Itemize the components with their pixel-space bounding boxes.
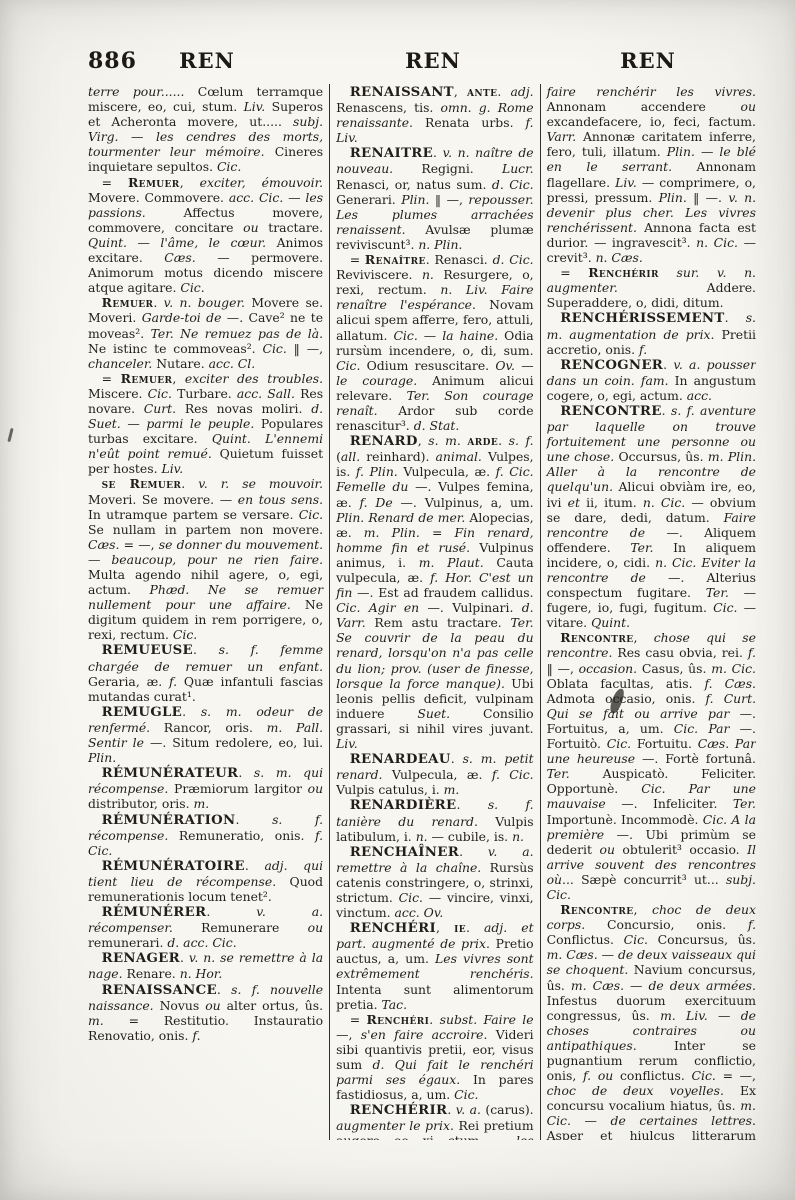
text-segment: ante: [467, 84, 497, 99]
text-segment: Renaître: [365, 252, 426, 267]
text-segment: Cic.: [393, 328, 423, 343]
text-segment: Remuneratio, onis.: [179, 828, 315, 843]
text-segment: Remuer: [102, 295, 154, 310]
text-segment: obtulerit³ occasio.: [622, 842, 747, 857]
text-segment: ou: [308, 920, 323, 935]
entry-headword: RENARDEAU: [350, 752, 451, 767]
text-segment: acc. Ov.: [395, 905, 444, 920]
text-segment: Oblata facultas, atis.: [547, 676, 705, 691]
text-segment: acc. Sall.: [237, 386, 300, 401]
text-segment: Res novas moliri.: [185, 401, 311, 416]
text-segment: —: [718, 1008, 741, 1023]
text-segment: Geraria, æ.: [88, 674, 169, 689]
text-segment: =: [350, 252, 365, 267]
page-content: 886 REN REN REN terre pour...... Cœlum t…: [88, 48, 756, 1140]
text-segment: Vulpecula, æ.: [392, 767, 492, 782]
dictionary-paragraph: RENCOGNER. v. a. pousser dans un coin. f…: [547, 357, 756, 403]
text-segment: Vulpecula, æ.: [403, 464, 495, 479]
text-segment: Se nullam in partem non movere.: [88, 522, 323, 537]
text-segment: n. Cic.: [696, 235, 743, 250]
text-segment: Tac.: [381, 997, 407, 1012]
text-segment: Renasci, or, natus sum.: [336, 177, 492, 192]
text-segment: Importunè. Incommodè.: [547, 812, 703, 827]
text-segment: .: [433, 145, 443, 160]
running-head-3: REN: [540, 48, 756, 73]
text-segment: l'âme, le cœur.: [160, 235, 276, 250]
text-segment: [659, 265, 677, 280]
column-1: terre pour...... Cœlum terramque miscere…: [88, 84, 323, 1140]
text-segment: . Renasci.: [426, 252, 493, 267]
text-segment: Movere. Commovere.: [88, 190, 229, 205]
dictionary-paragraph: REMUGLE. s. m. odeur de renfermé. Rancor…: [88, 704, 323, 765]
text-segment: la haine.: [442, 328, 504, 343]
text-segment: ,: [418, 433, 429, 448]
dictionary-paragraph: REMUEUSE. s. f. femme chargée de remuer …: [88, 642, 323, 703]
text-segment: = —,: [723, 1068, 756, 1083]
text-segment: —: [138, 235, 161, 250]
text-segment: ou: [205, 998, 226, 1013]
text-segment: Cic.: [148, 386, 177, 401]
text-segment: .: [180, 950, 189, 965]
text-segment: Ov.: [495, 358, 521, 373]
text-segment: Admota occasio, onis.: [547, 691, 706, 706]
text-segment: Liv.: [615, 175, 642, 190]
text-segment: Plin.: [401, 192, 435, 207]
text-segment: Rencontre: [560, 902, 633, 917]
text-segment: Garde-toi de: [142, 310, 227, 325]
text-segment: le courage.: [336, 373, 432, 388]
text-segment: Cic.: [299, 507, 323, 522]
text-segment: Ter.: [706, 585, 744, 600]
text-segment: acc. Cl.: [209, 356, 256, 371]
text-segment: Ter. Ne remuez pas de là.: [151, 326, 323, 341]
text-segment: ‖ —.: [693, 190, 728, 205]
text-segment: ou: [308, 781, 323, 796]
text-segment: f.: [169, 674, 184, 689]
text-segment: Cic.: [713, 600, 743, 615]
entry-headword: RENCHÉRI: [350, 921, 436, 936]
text-segment: Liv.: [244, 99, 272, 114]
text-segment: —. Situm redolere, eo, lui.: [150, 735, 323, 750]
text-segment: f.: [748, 917, 756, 932]
entry-headword: RENAITRE: [350, 146, 433, 161]
text-segment: Renare.: [127, 966, 180, 981]
text-segment: Ter.: [733, 796, 756, 811]
text-segment: Cic.: [399, 890, 429, 905]
text-segment: f.: [748, 645, 756, 660]
text-segment: —: [602, 947, 618, 962]
text-segment: —. Est ad fraudem callidus.: [357, 585, 534, 600]
text-segment: Renascens, tis.: [336, 100, 440, 115]
dictionary-paragraph: RENAISSANT, ante. adj. Renascens, tis. o…: [336, 84, 534, 145]
text-segment: .: [181, 476, 198, 491]
text-segment: Ne istinc te commoveas².: [88, 341, 262, 356]
text-segment: .: [245, 858, 265, 873]
text-segment: s. m.: [428, 433, 467, 448]
text-segment: v. r. se mouvoir.: [198, 476, 323, 491]
dictionary-paragraph: = Remuer, exciter des troubles. Miscere.…: [88, 371, 323, 477]
text-segment: Cic.: [262, 341, 293, 356]
text-segment: —: [701, 144, 719, 159]
text-segment: Cic. Agir en: [336, 600, 427, 615]
text-segment: Remunerare: [201, 920, 308, 935]
dictionary-paragraph: RENAGER. v. n. se remettre à la nage. Re…: [88, 950, 323, 981]
text-segment: —. Infeliciter.: [621, 796, 733, 811]
entry-headword: RENCHÉRIR: [350, 1103, 448, 1118]
text-segment: ii, itum.: [586, 495, 643, 510]
scanned-dictionary-page: 886 REN REN REN terre pour...... Cœlum t…: [0, 0, 795, 1200]
text-segment: et: [568, 495, 586, 510]
text-segment: Cic.: [624, 932, 658, 947]
text-segment: —: [521, 358, 533, 373]
dictionary-paragraph: RENARDIÈRE. s. f. tanière du renard. Vul…: [336, 797, 534, 843]
text-segment: n. Cic.: [643, 495, 692, 510]
text-segment: Plin. Renard de mer.: [336, 510, 469, 525]
text-segment: animal.: [436, 449, 488, 464]
text-segment: Cæs.: [164, 250, 217, 265]
text-segment: excandefacere, io, feci, factum.: [547, 114, 756, 129]
text-segment: d. acc. Cic.: [167, 935, 236, 950]
dictionary-paragraph: RENCONTRE. s. f. aventure par laquelle o…: [547, 403, 756, 630]
text-segment: m. Liv.: [660, 1008, 718, 1023]
text-segment: se Remuer: [102, 476, 182, 491]
text-segment: parmi le peuple.: [146, 416, 261, 431]
dictionary-paragraph: Rencontre, choc de deux corps. Concursio…: [547, 902, 756, 1140]
text-segment: f. De: [360, 495, 401, 510]
text-segment: Remuer: [128, 175, 180, 190]
text-segment: .: [238, 765, 254, 780]
entry-headword: RENAISSANCE: [102, 983, 217, 998]
text-segment: Occursus, ûs.: [618, 449, 707, 464]
column-3: faire renchérir les vivres. Annonam acce…: [547, 84, 756, 1140]
text-segment: .: [182, 704, 201, 719]
dictionary-paragraph: RENCHÉRI, ie. adj. et part. augmenté de …: [336, 920, 534, 1012]
text-segment: occasion.: [579, 661, 642, 676]
text-segment: exciter, émouvoir.: [200, 175, 323, 190]
dictionary-paragraph: se Remuer. v. r. se mouvoir. Moveri. Se …: [88, 476, 323, 642]
text-segment: In utramque partem se versare.: [88, 507, 299, 522]
dictionary-paragraph: RENCHAÎNER. v. a. remettre à la chaîne. …: [336, 844, 534, 920]
entry-headword: RENCHÉRISSEMENT: [560, 311, 724, 326]
dictionary-paragraph: RÉMUNÉRATOIRE. adj. qui tient lieu de ré…: [88, 858, 323, 904]
text-segment: =: [350, 1012, 367, 1027]
text-columns: terre pour...... Cœlum terramque miscere…: [88, 84, 756, 1140]
text-segment: arde: [467, 433, 498, 448]
dictionary-paragraph: Remuer. v. n. bouger. Movere se. Moveri.…: [88, 295, 323, 370]
text-segment: f. ou: [583, 1068, 620, 1083]
text-segment: (carus).: [485, 1102, 533, 1117]
text-segment: Cic.: [180, 280, 204, 295]
text-segment: Turbare.: [177, 386, 237, 401]
text-segment: chanceler.: [88, 356, 156, 371]
text-segment: adj.: [511, 84, 534, 99]
text-segment: faire renchérir les vivres.: [547, 84, 756, 99]
text-segment: f. Plin.: [356, 464, 403, 479]
text-segment: —: [127, 416, 146, 431]
text-segment: m. Cæs.: [547, 947, 602, 962]
text-segment: —: [288, 190, 305, 205]
text-segment: remunerari.: [88, 935, 167, 950]
text-segment: .: [429, 1012, 439, 1027]
text-segment: Suet.: [417, 706, 483, 721]
text-segment: f.: [639, 342, 647, 357]
text-segment: =: [102, 371, 121, 386]
text-segment: Conflictus.: [547, 932, 624, 947]
text-segment: Moveri. Se movere. —: [88, 492, 238, 507]
entry-headword: REMUGLE: [102, 705, 182, 720]
text-segment: Rancor, oris.: [164, 720, 267, 735]
running-head-1: REN: [88, 48, 326, 73]
text-segment: m. Cic.: [711, 661, 756, 676]
text-segment: subst. Faire le: [440, 1012, 534, 1027]
text-segment: Plin.: [88, 750, 116, 765]
text-segment: f. Cæs.: [705, 676, 757, 691]
entry-headword: RÉMUNÉRER: [102, 905, 207, 920]
text-segment: Casus, ûs.: [642, 661, 711, 676]
text-segment: Rem astu tractare.: [374, 615, 510, 630]
text-segment: Asper et hiulcus litterarum concursus.: [547, 1128, 756, 1140]
text-segment: =: [432, 525, 455, 540]
text-segment: ,: [436, 920, 454, 935]
text-segment: augmenter le prix.: [336, 1118, 458, 1133]
text-segment: Liv.: [336, 736, 358, 751]
text-segment: f.: [192, 1028, 200, 1043]
text-segment: Renchérir: [588, 265, 659, 280]
text-segment: .: [236, 812, 273, 827]
text-segment: terre pour......: [88, 84, 198, 99]
text-segment: Nutare.: [156, 356, 208, 371]
text-segment: n.: [416, 829, 432, 844]
text-segment: Præmiorum largitor: [174, 781, 308, 796]
dictionary-paragraph: faire renchérir les vivres. Annonam acce…: [547, 84, 756, 265]
text-segment: .: [217, 982, 231, 997]
text-segment: —. Vulpinari.: [428, 600, 522, 615]
entry-headword: RÉMUNÉRATEUR: [102, 766, 239, 781]
column-rule-1: [329, 84, 330, 1140]
text-segment: m. Plin.: [364, 525, 432, 540]
text-segment: Fortuitu.: [637, 736, 698, 751]
text-segment: —: [131, 129, 156, 144]
text-segment: .: [663, 357, 673, 372]
text-segment: Concursus, ûs.: [658, 932, 756, 947]
entry-headword: RENARD: [350, 434, 418, 449]
dictionary-paragraph: RENARD, s. m. arde. s. f. (all. reinhard…: [336, 433, 534, 751]
text-segment: ou: [243, 220, 268, 235]
text-segment: conflictus.: [620, 1068, 692, 1083]
entry-headword: RENAGER: [102, 951, 180, 966]
dictionary-paragraph: = Remuer, exciter, émouvoir. Movere. Com…: [88, 175, 323, 296]
text-segment: .: [497, 84, 510, 99]
text-segment: .: [193, 642, 219, 657]
text-segment: ,: [180, 175, 200, 190]
entry-headword: RENCHAÎNER: [350, 845, 459, 860]
text-segment: f. Cic.: [492, 767, 534, 782]
text-segment: Annonam accendere: [547, 99, 741, 114]
text-segment: d. Cic.: [492, 177, 534, 192]
text-segment: .: [206, 904, 256, 919]
text-segment: .: [498, 433, 509, 448]
text-segment: Res casu obvia, rei.: [617, 645, 748, 660]
text-segment: .: [725, 310, 746, 325]
text-segment: Cic. Par: [674, 721, 740, 736]
text-segment: Curt.: [144, 401, 185, 416]
dictionary-paragraph: RENAISSANCE. s. f. nouvelle naissance. N…: [88, 982, 323, 1043]
dictionary-paragraph: terre pour...... Cœlum terramque miscere…: [88, 84, 323, 175]
text-segment: ou: [741, 99, 756, 114]
text-segment: reinhard).: [366, 449, 435, 464]
text-segment: ou: [599, 842, 622, 857]
running-header: 886 REN REN REN: [88, 48, 756, 82]
text-segment: —: [585, 1113, 611, 1128]
text-segment: Cic.: [692, 1068, 723, 1083]
entry-headword: RENARDIÈRE: [350, 798, 457, 813]
text-segment: choc de deux voyelles.: [547, 1083, 740, 1098]
text-segment: en tous sens.: [238, 492, 323, 507]
text-segment: Renata urbs.: [425, 115, 526, 130]
text-segment: acc. Cic.: [229, 190, 288, 205]
text-segment: alter ortus, ûs.: [227, 998, 323, 1013]
text-segment: —: [630, 978, 648, 993]
text-segment: ie: [454, 920, 466, 935]
text-segment: Rencontre: [560, 630, 633, 645]
text-segment: .: [153, 295, 163, 310]
text-segment: Renchéri: [366, 1012, 429, 1027]
dictionary-paragraph: RENARDEAU. s. m. petit renard. Vulpecula…: [336, 751, 534, 797]
text-segment: Vulpis catulus, i.: [336, 782, 444, 797]
text-segment: Remuer: [121, 371, 173, 386]
text-segment: ‖ —,: [547, 661, 579, 676]
text-segment: ,: [633, 902, 652, 917]
text-segment: .: [451, 751, 463, 766]
text-segment: Plin.: [659, 190, 694, 205]
margin-ink-mark: [7, 428, 13, 442]
text-segment: ‖ —,: [294, 341, 323, 356]
text-segment: Varr.: [547, 129, 583, 144]
entry-headword: RENCOGNER: [560, 358, 663, 373]
text-segment: Sæpè concurrit³ ut...: [581, 872, 726, 887]
text-segment: Plin.: [667, 144, 701, 159]
dictionary-paragraph: RÉMUNÉRATION. s. f. récompense. Remunera…: [88, 812, 323, 858]
text-segment: — cubile, is.: [432, 829, 513, 844]
text-segment: Cic.: [607, 736, 637, 751]
text-segment: n.: [422, 267, 443, 282]
running-head-2: REN: [326, 48, 540, 73]
column-rule-2: [540, 84, 541, 1140]
dictionary-paragraph: RENCHÉRIR. v. a. (carus). augmenter le p…: [336, 1102, 534, 1140]
text-segment: Cic.: [217, 159, 241, 174]
text-segment: s. f.: [509, 433, 534, 448]
dictionary-paragraph: = Renaître. Renasci. d. Cic. Reviviscere…: [336, 252, 534, 433]
text-segment: Cic.: [454, 1087, 478, 1102]
dictionary-paragraph: RENCHÉRISSEMENT. s. m. augmentation de p…: [547, 310, 756, 356]
text-segment: m. Plaut.: [419, 555, 497, 570]
text-segment: s'en faire accroire.: [361, 1027, 496, 1042]
text-segment: .: [447, 1102, 455, 1117]
text-segment: Reviviscere.: [336, 267, 422, 282]
text-segment: m. Cæs.: [571, 978, 630, 993]
text-segment: Regigni.: [421, 161, 502, 176]
text-segment: n. Hor.: [180, 966, 223, 981]
text-segment: Quint.: [591, 615, 630, 630]
text-segment: .: [662, 403, 671, 418]
text-segment: Quint.: [88, 235, 138, 250]
entry-headword: RENAISSANT: [350, 85, 454, 100]
text-segment: Concursio, onis.: [607, 917, 748, 932]
text-segment: = —,: [124, 537, 159, 552]
text-segment: ,: [454, 84, 467, 99]
entry-headword: RÉMUNÉRATION: [102, 813, 236, 828]
text-segment: —. Vulpinus, a, um.: [401, 495, 534, 510]
text-segment: Odium resuscitare.: [367, 358, 496, 373]
text-segment: Novus: [160, 998, 206, 1013]
text-segment: .: [456, 797, 487, 812]
text-segment: Lucr.: [502, 161, 534, 176]
entry-headword: RENCONTRE: [560, 404, 661, 419]
text-segment: n.: [512, 829, 524, 844]
dictionary-paragraph: = Renchéri. subst. Faire le —, s'en fair…: [336, 1012, 534, 1103]
column-2: RENAISSANT, ante. adj. Renascens, tis. o…: [336, 84, 534, 1140]
text-segment: Generari.: [336, 192, 401, 207]
dictionary-paragraph: = Renchérir sur. v. n. augmenter. Addere…: [547, 265, 756, 310]
text-segment: =: [102, 175, 128, 190]
text-segment: n. Cæs.: [596, 250, 643, 265]
text-segment: d. Cic.: [493, 252, 534, 267]
entry-headword: RÉMUNÉRATOIRE: [102, 859, 245, 874]
text-segment: v. a.: [456, 1102, 486, 1117]
text-segment: Liv.: [161, 461, 183, 476]
entry-headword: REMUEUSE: [102, 643, 193, 658]
text-segment: ,: [172, 371, 185, 386]
text-segment: .: [466, 920, 484, 935]
text-segment: d. Stat.: [414, 418, 460, 433]
text-segment: —: [424, 328, 442, 343]
text-segment: Miscere.: [88, 386, 148, 401]
text-segment: Cic.: [336, 358, 367, 373]
text-segment: m.: [444, 782, 460, 797]
dictionary-paragraph: RÉMUNÉRER. v. a. récompenser. Remunerare…: [88, 904, 323, 950]
text-segment: all.: [341, 449, 366, 464]
text-segment: Intenta sunt alimentorum pretia.: [336, 982, 534, 1012]
text-segment: exciter des troubles.: [185, 371, 323, 386]
text-segment: Cæs.: [88, 537, 124, 552]
text-segment: ‖ —,: [435, 192, 469, 207]
dictionary-paragraph: Rencontre, chose qui se rencontre. Res c…: [547, 630, 756, 902]
text-segment: Cic.: [173, 627, 197, 642]
text-segment: Ter.: [547, 766, 603, 781]
text-segment: =: [560, 265, 588, 280]
text-segment: de certaines lettres.: [611, 1113, 756, 1128]
text-segment: m.: [88, 1013, 129, 1028]
text-segment: ,: [633, 630, 653, 645]
text-segment: m.: [194, 796, 210, 811]
text-segment: v. n. bouger.: [164, 295, 252, 310]
text-segment: —,: [336, 1027, 361, 1042]
text-segment: —. Fortè fortunâ.: [642, 751, 756, 766]
text-segment: acc.: [687, 388, 712, 403]
dictionary-paragraph: RENAITRE. v. n. naître de nouveau. Regig…: [336, 145, 534, 252]
text-segment: .: [459, 844, 488, 859]
text-segment: Ter.: [630, 540, 673, 555]
dictionary-paragraph: RÉMUNÉRATEUR. s. m. qui récompense. Præm…: [88, 765, 323, 811]
text-segment: distributor, oris.: [88, 796, 194, 811]
text-segment: tractare.: [268, 220, 323, 235]
text-segment: de deux armées.: [648, 978, 756, 993]
text-segment: n. Plin.: [418, 237, 462, 252]
